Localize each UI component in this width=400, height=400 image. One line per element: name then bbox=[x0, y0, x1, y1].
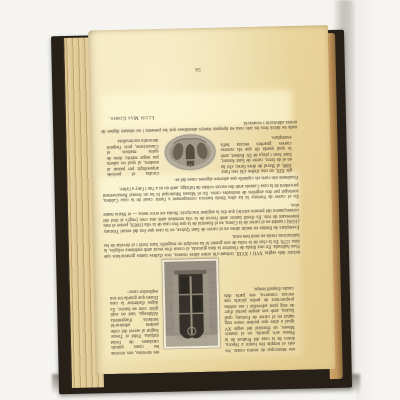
text-column-right: ses dovelles, ens recorda les cases pair… bbox=[110, 288, 159, 355]
gothic-window-photograph bbox=[162, 259, 220, 349]
coat-of-arms-illustration bbox=[163, 133, 217, 172]
text-column-left: seu Municipal de nostra ciutat. No sols … bbox=[224, 285, 295, 353]
text-column-left: gle XIX, en una d'elles s'hi veu l'any 1… bbox=[220, 134, 292, 174]
window-photo-section: seu Municipal de nostra ciutat. No sols … bbox=[104, 257, 302, 355]
book-page: seu Municipal de nostra ciutat. No sols … bbox=[88, 25, 336, 374]
scanner-bed-right bbox=[356, 0, 400, 400]
page-number: 56 bbox=[100, 64, 296, 74]
scanned-book: seu Municipal de nostra ciutat. No sols … bbox=[46, 21, 354, 400]
paragraph: En el carrer de Fortuny hi ha altra llin… bbox=[102, 182, 298, 203]
emblem-section: gle XIX, en una d'elles s'hi veu l'any 1… bbox=[101, 131, 298, 176]
page-content-upside-down: seu Municipal de nostra ciutat. No sols … bbox=[100, 58, 303, 362]
text-column-right: s'acaba el període arqueològic per passa… bbox=[106, 137, 159, 177]
heraldic-emblem-engraving bbox=[163, 133, 217, 172]
gothic-window-illustration bbox=[164, 261, 218, 347]
paragraph: Exemplars de llindes en tenim altres en … bbox=[103, 201, 300, 233]
paragraph: terístic dels segles XVII i XVIII, troba… bbox=[104, 232, 300, 258]
